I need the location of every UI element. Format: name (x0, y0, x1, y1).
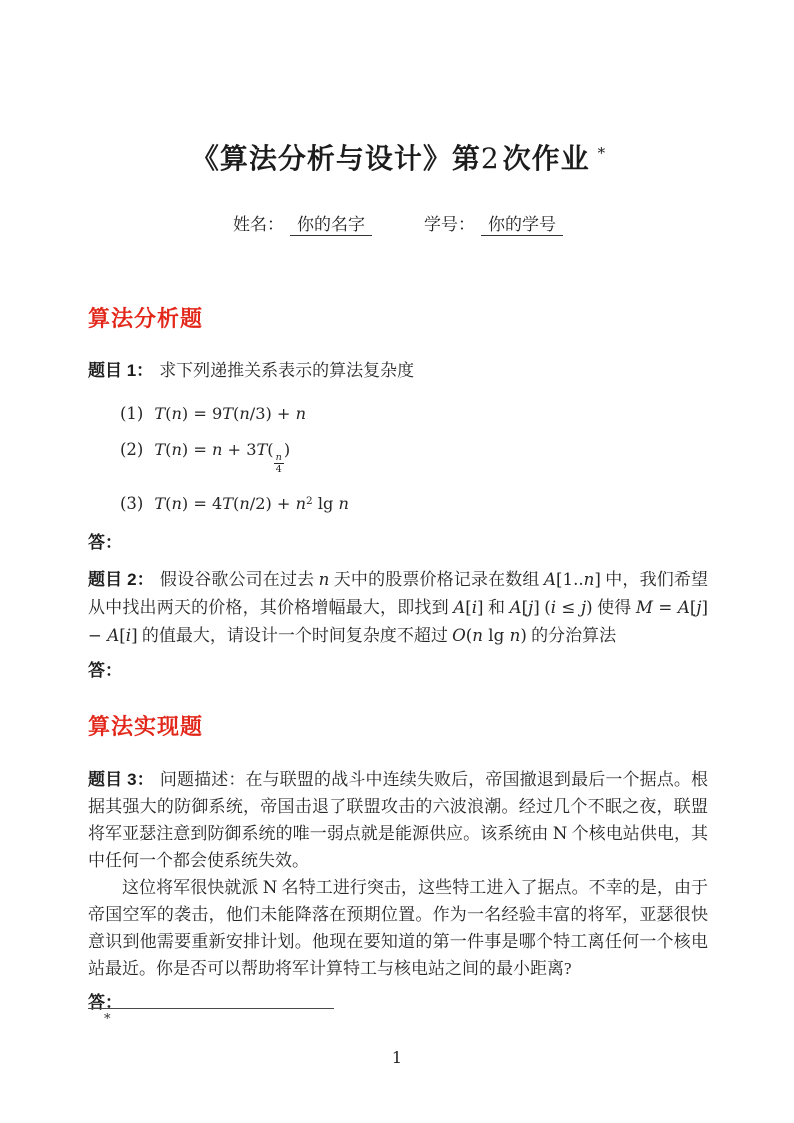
name-label: 姓名： (233, 215, 284, 234)
recurrence-1: (1)T(n) = 9T(n/3) + n (120, 403, 708, 425)
document-title: 《算法分析与设计》第2次作业* (88, 133, 708, 179)
problem-2-text: 假设谷歌公司在过去 n 天中的股票价格记录在数组 A[1..n] 中，我们希望从… (88, 570, 708, 645)
section-heading-implementation: 算法实现题 (88, 712, 708, 742)
author-line: 姓名：你的名字学号：你的学号 (88, 212, 708, 238)
recurrence-2: (2)T(n) = n + 3T(n4) (120, 439, 708, 476)
problem-3-text-1: 问题描述：在与联盟的战斗中连续失败后，帝国撤退到最后一个据点。根据其强大的防御系… (88, 770, 708, 870)
title-text-before-number: 《算法分析与设计》第 (191, 143, 481, 174)
answer-label-2: 答： (88, 657, 708, 685)
name-field: 你的名字 (290, 215, 372, 236)
recurrence-list: (1)T(n) = 9T(n/3) + n (2)T(n) = n + 3T(n… (120, 403, 708, 515)
document-page: 《算法分析与设计》第2次作业* 姓名：你的名字学号：你的学号 算法分析题 题目 … (0, 0, 794, 1123)
answer-label-3: 答： (88, 989, 708, 1017)
document-content: 《算法分析与设计》第2次作业* 姓名：你的名字学号：你的学号 算法分析题 题目 … (88, 0, 708, 1017)
recurrence-1-formula: T(n) = 9T(n/3) + n (154, 404, 306, 423)
title-assignment-number: 2 (481, 142, 499, 175)
problem-3-label: 题目 3： (88, 770, 154, 789)
problem-2-label: 题目 2： (88, 570, 154, 589)
student-id-label: 学号： (424, 215, 475, 234)
problem-3-paragraph-2: 这位将军很快就派 N 名特工进行突击，这些特工进入了据点。不幸的是，由于帝国空军… (88, 874, 708, 982)
problem-2-statement: 题目 2：假设谷歌公司在过去 n 天中的股票价格记录在数组 A[1..n] 中，… (88, 566, 708, 650)
problem-1-statement: 题目 1：求下列递推关系表示的算法复杂度 (88, 357, 708, 385)
student-id-field: 你的学号 (481, 215, 563, 236)
recurrence-3: (3)T(n) = 4T(n/2) + n2 lg n (120, 490, 708, 515)
problem-3-text-2: 这位将军很快就派 N 名特工进行突击，这些特工进入了据点。不幸的是，由于帝国空军… (88, 878, 708, 978)
footnote-marker: * (104, 1012, 111, 1027)
section-heading-analysis: 算法分析题 (88, 304, 708, 334)
recurrence-3-formula: T(n) = 4T(n/2) + n2 lg n (154, 494, 349, 513)
problem-3-paragraph-1: 题目 3：问题描述：在与联盟的战斗中连续失败后，帝国撤退到最后一个据点。根据其强… (88, 766, 708, 874)
problem-1-text: 求下列递推关系表示的算法复杂度 (159, 361, 414, 380)
footnote-rule (88, 1008, 334, 1009)
answer-label-1: 答： (88, 529, 708, 557)
recurrence-1-number: (1) (120, 404, 143, 423)
page-number: 1 (0, 1048, 794, 1067)
title-footnote-marker: * (598, 144, 606, 162)
recurrence-2-number: (2) (120, 440, 143, 459)
problem-1-label: 题目 1： (88, 361, 153, 380)
recurrence-2-formula: T(n) = n + 3T(n4) (154, 440, 290, 459)
title-text-after-number: 次作业 (503, 143, 590, 174)
recurrence-3-number: (3) (120, 494, 143, 513)
